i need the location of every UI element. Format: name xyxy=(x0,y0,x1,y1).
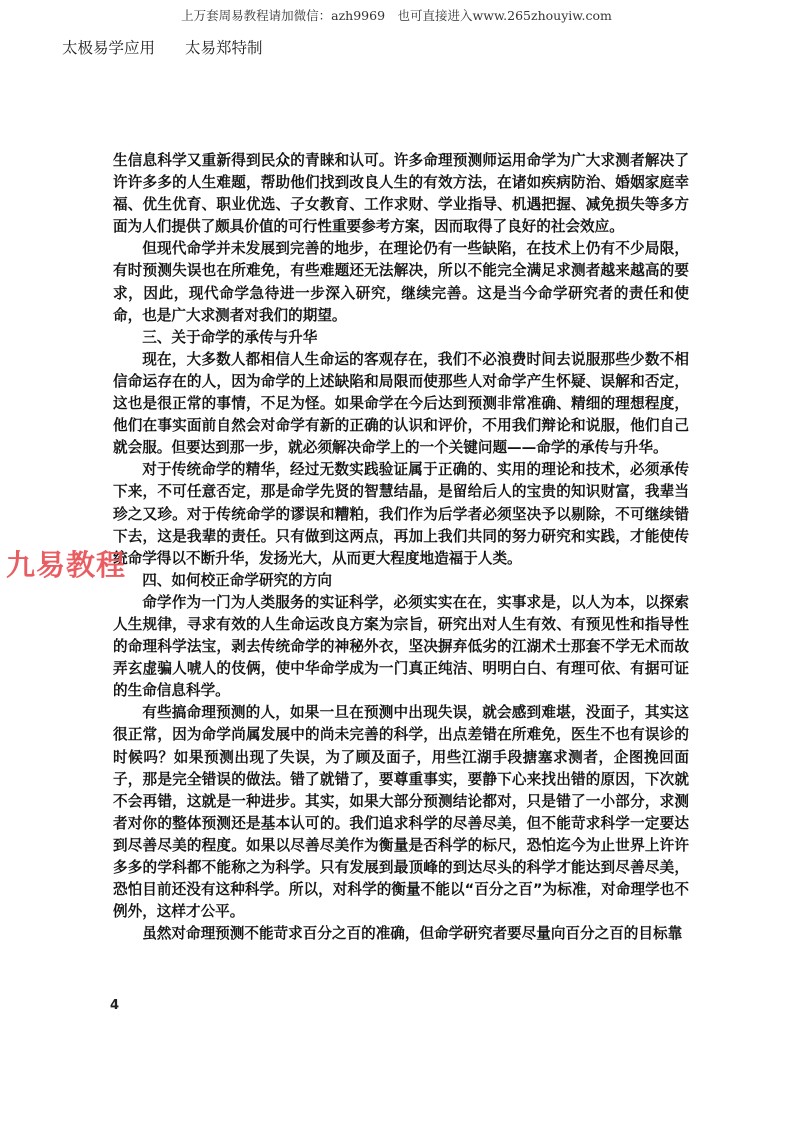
header-author: 太易郑特制 xyxy=(185,36,263,58)
header-book-title: 太极易学应用 xyxy=(62,36,155,58)
paragraph: 但现代命学并未发展到完善的地步，在理论仍有一些缺陷，在技术上仍有不少局限，有时预… xyxy=(113,238,689,326)
paragraph: 生信息科学又重新得到民众的青睐和认可。许多命理预测师运用命学为广大求测者解决了许… xyxy=(113,150,689,238)
watermark-logo: 九易教程 xyxy=(6,543,126,584)
page-body: 生信息科学又重新得到民众的青睐和认可。许多命理预测师运用命学为广大求测者解决了许… xyxy=(113,150,689,945)
paragraph: 对于传统命学的精华，经过无数实践验证属于正确的、实用的理论和技术，必须承传下来，… xyxy=(113,459,689,569)
running-header: 太极易学应用太易郑特制 xyxy=(62,36,263,58)
paragraph: 虽然对命理预测不能苛求百分之百的准确，但命学研究者要尽量向百分之百的目标靠 xyxy=(113,923,689,945)
paragraph: 命学作为一门为人类服务的实证科学，必须实实在在，实事求是，以人为本，以探索人生规… xyxy=(113,592,689,702)
page-number: 4 xyxy=(110,998,119,1013)
paragraph: 有些搞命理预测的人，如果一旦在预测中出现失误，就会感到难堪，没面子，其实这很正常… xyxy=(113,702,689,923)
section-heading: 三、关于命学的承传与升华 xyxy=(113,327,689,349)
paragraph: 现在，大多数人都相信人生命运的客观存在，我们不必浪费时间去说服那些少数不相信命运… xyxy=(113,349,689,459)
section-heading: 四、如何校正命学研究的方向 xyxy=(113,570,689,592)
top-banner: 上万套周易教程请加微信：azh9969 也可直接进入www.265zhouyiw… xyxy=(0,6,793,24)
